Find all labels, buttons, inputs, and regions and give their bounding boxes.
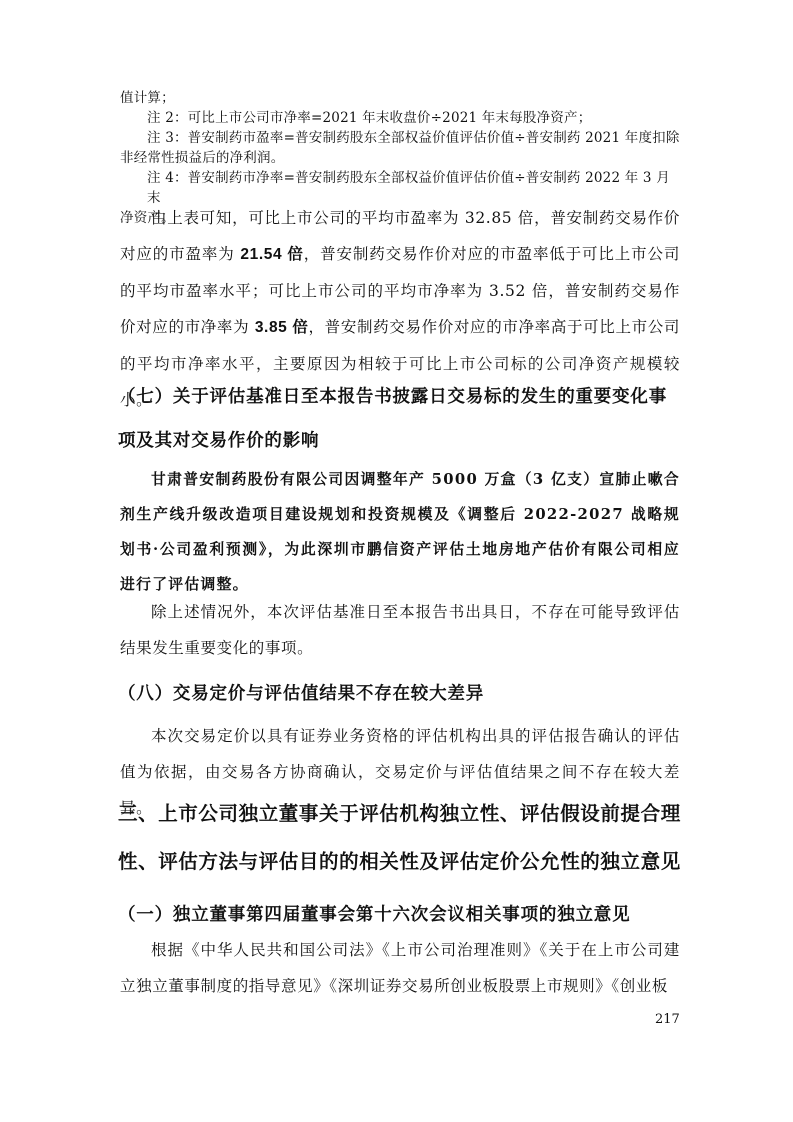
section-7-bold-text: 甘肃普安制药股份有限公司因调整年产 5000 万盒（3 亿支）宣肺止嗽合剂生产线… (120, 471, 680, 593)
section-7-text: 除上述情况外，本次评估基准日至本报告书出具日，不存在可能导致评估结果发生重要变化… (120, 603, 680, 657)
pb-ratio-value: 3.85 倍 (255, 319, 309, 336)
note-continuation: 值计算； (120, 88, 680, 108)
section-7-heading-line2: 项及其对交易作价的影响 (118, 422, 688, 460)
section-7-paragraph: 除上述情况外，本次评估基准日至本报告书出具日，不存在可能导致评估结果发生重要变化… (120, 594, 680, 666)
section-7-heading: （七）关于评估基准日至本报告书披露日交易标的发生的重要变化事 项及其对交易作价的… (118, 378, 688, 460)
part-3-heading: 三、上市公司独立董事关于评估机构独立性、评估假设前提合理 性、评估方法与评估目的… (118, 795, 688, 881)
document-page: 值计算； 注 2：可比上市公司市净率=2021 年末收盘价÷2021 年末每股净… (0, 0, 793, 1122)
section-8-heading: （八）交易定价与评估值结果不存在较大差异 (118, 675, 688, 713)
note-2: 注 2：可比上市公司市净率=2021 年末收盘价÷2021 年末每股净资产； (120, 108, 680, 128)
pe-ratio-value: 21.54 倍 (240, 246, 303, 263)
note-3-line1: 注 3：普安制药市盈率=普安制药股东全部权益价值评估价值÷普安制药 2021 年… (120, 128, 680, 148)
part-3-subsection-1-heading: （一）独立董事第四届董事会第十六次会议相关事项的独立意见 (118, 896, 688, 934)
section-7-heading-line1: （七）关于评估基准日至本报告书披露日交易标的发生的重要变化事 (118, 378, 688, 416)
section-7-bold-paragraph: 甘肃普安制药股份有限公司因调整年产 5000 万盒（3 亿支）宣肺止嗽合剂生产线… (120, 462, 680, 602)
part-3-heading-line2: 性、评估方法与评估目的的相关性及评估定价公允性的独立意见 (118, 843, 688, 881)
note-3-line2: 非经常性损益后的净利润。 (120, 148, 680, 168)
part-3-paragraph: 根据《中华人民共和国公司法》《上市公司治理准则》《关于在上市公司建立独立董事制度… (120, 932, 680, 1004)
part-3-heading-line1: 三、上市公司独立董事关于评估机构独立性、评估假设前提合理 (118, 795, 688, 833)
page-number: 217 (655, 1012, 680, 1027)
part-3-text: 根据《中华人民共和国公司法》《上市公司治理准则》《关于在上市公司建立独立董事制度… (120, 941, 680, 995)
